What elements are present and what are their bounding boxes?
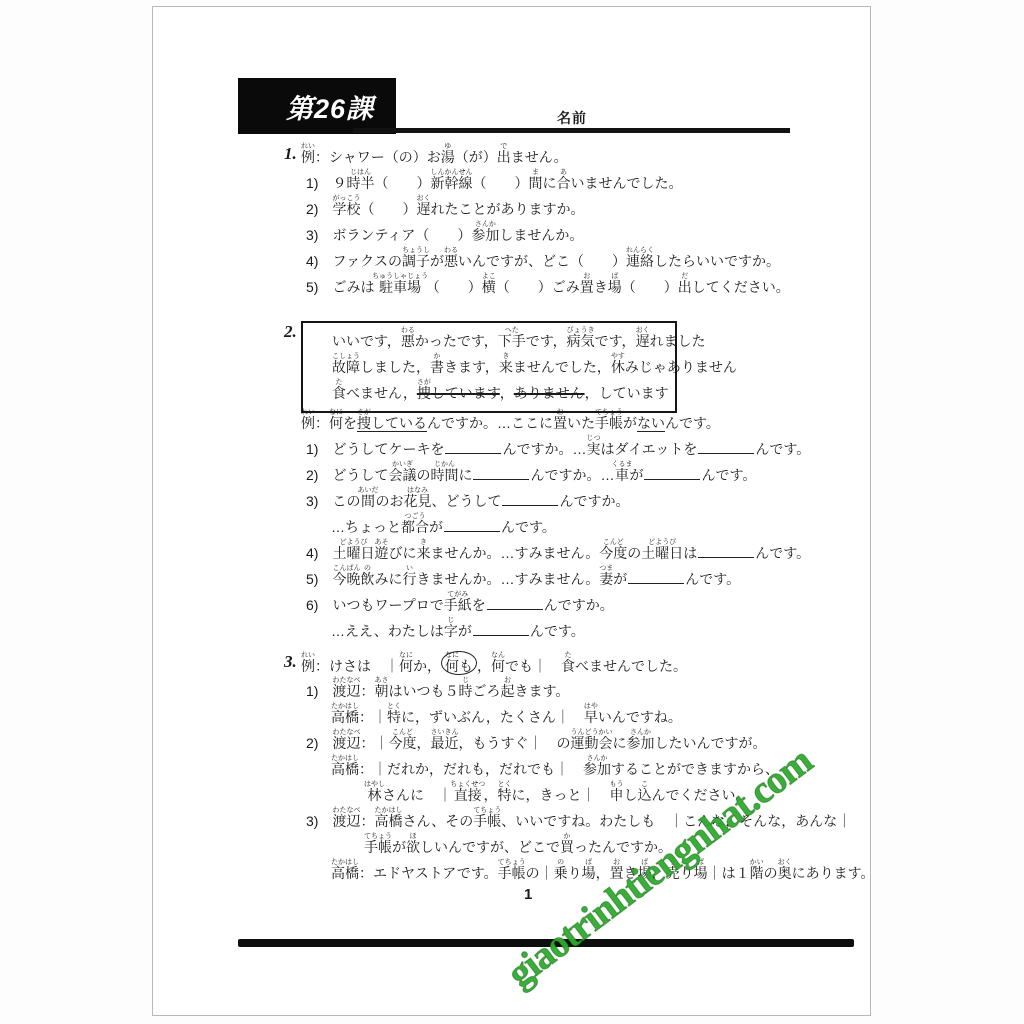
exercise-line: 5) 今晩こんばん飲のみに行いきませんか。…すみません。妻つまがんです。 xyxy=(284,565,862,591)
exercise-line: 2) どうして会議かいぎの時間じかんにんですか。…車くるまがんです。 xyxy=(284,461,862,487)
exercise-line: 5) ごみは駐車場ちゅうしゃじょう（ ）横よこ（ ）ごみ置おき場ば（ ）出だして… xyxy=(284,273,862,299)
exercise-line: 例れい：けさは ｜何なにか，何なにも，何なんでも｜ 食たべませんでした。 xyxy=(284,651,862,677)
worksheet-page: 第26課 名前 1. 例れい：シャワー（の）お湯ゆ（が）出でません。1) ９時半… xyxy=(152,6,871,1016)
word-bank-box: いいです，悪わるかったです，下手へたです，病気びょうきです，遅おくれました故障こ… xyxy=(301,321,677,413)
exercise-line: 1) どうしてケーキをんですか。…実じつはダイエットをんです。 xyxy=(284,435,862,461)
answer-blank[interactable] xyxy=(502,492,558,506)
exercise-line: 手帳てちょうが欲ほしいんですが、どこで買かったんですか。 xyxy=(284,833,862,859)
exercise-line: 食たべません，捜さがしています，ありません，しています xyxy=(315,379,663,405)
exercise-line: 例れい：何なにを捜さがしているんですか。…ここに置おいた手帳てちょうがないんです… xyxy=(284,409,862,435)
exercise-line: 故障こしょうしました，書かきます，来きませんでした，休やすみじゃありません xyxy=(315,353,663,379)
answer-blank[interactable] xyxy=(487,596,543,610)
exercise-line: 高橋たかはし：エドヤストアです。手帳てちょうの｜乗のり場ば，置おき場ば，売うり場… xyxy=(284,859,862,885)
exercise-section-1: 1. 例れい：シャワー（の）お湯ゆ（が）出でません。1) ９時半じはん（ ）新幹… xyxy=(284,143,862,299)
exercise-line: いいです，悪わるかったです，下手へたです，病気びょうきです，遅おくれました xyxy=(315,327,663,353)
exercise-line: 1) 渡辺わたなべ：朝あさはいつも５時じごろ起おきます。 xyxy=(284,677,862,703)
answer-blank[interactable] xyxy=(444,518,500,532)
exercise-line: 4) 土曜日どようび遊あそびに来きませんか。…すみません。今度こんどの土曜日どよ… xyxy=(284,539,862,565)
answer-blank[interactable] xyxy=(698,544,754,558)
exercise-section-2-wordbank: 2. いいです，悪わるかったです，下手へたです，病気びょうきです，遅おくれました… xyxy=(284,321,862,413)
exercise-line: …ちょっと都合つごうがんです。 xyxy=(284,513,862,539)
exercise-line: 高橋たかはし：｜特とくに，ずいぶん，たくさん｜ 早はやいんですね。 xyxy=(284,703,862,729)
name-label: 名前 xyxy=(557,108,587,128)
section-2-number: 2. xyxy=(284,322,297,342)
exercise-line: 3) ボランティア（ ）参加さんかしませんか。 xyxy=(284,221,862,247)
answer-blank[interactable] xyxy=(644,466,700,480)
name-underline xyxy=(353,128,790,133)
screenshot-canvas: 第26課 名前 1. 例れい：シャワー（の）お湯ゆ（が）出でません。1) ９時半… xyxy=(0,0,1024,1024)
answer-blank[interactable] xyxy=(445,440,501,454)
exercise-line: 3) この間あいだのお花見はなみ、どうしてんですか。 xyxy=(284,487,862,513)
lesson-header-box: 第26課 xyxy=(238,78,396,134)
exercise-line: 例れい：シャワー（の）お湯ゆ（が）出でません。 xyxy=(284,143,862,169)
answer-blank[interactable] xyxy=(628,570,684,584)
exercise-line: 6) いつもワープロで手紙てがみをんですか。 xyxy=(284,591,862,617)
answer-blank[interactable] xyxy=(698,440,754,454)
exercise-section-2: 例れい：何なにを捜さがしているんですか。…ここに置おいた手帳てちょうがないんです… xyxy=(284,409,862,643)
answer-blank[interactable] xyxy=(473,622,529,636)
exercise-line: 4) ファクスの調子ちょうしが悪わるいんですが、どこ（ ）連絡れんらくしたらいい… xyxy=(284,247,862,273)
page-number: 1 xyxy=(524,886,532,903)
exercise-line: 1) ９時半じはん（ ）新幹線しんかんせん（ ）間まに合あいませんでした。 xyxy=(284,169,862,195)
exercise-line: …ええ、わたしは字じがんです。 xyxy=(284,617,862,643)
circled-answer: 何なにも xyxy=(441,651,477,675)
lesson-title: 第26課 xyxy=(286,87,374,126)
section-1-lines: 例れい：シャワー（の）お湯ゆ（が）出でません。1) ９時半じはん（ ）新幹線しん… xyxy=(284,143,862,299)
word-bank-lines: いいです，悪わるかったです，下手へたです，病気びょうきです，遅おくれました故障こ… xyxy=(315,327,663,405)
section-2-lines: 例れい：何なにを捜さがしているんですか。…ここに置おいた手帳てちょうがないんです… xyxy=(284,409,862,643)
exercise-line: 2) 学校がっこう（ ）遅おくれたことがありますか。 xyxy=(284,195,862,221)
exercise-line: 3) 渡辺わたなべ：高橋たかはしさん、その手帳てちょう、いいですね。わたしも ｜… xyxy=(284,807,862,833)
answer-blank[interactable] xyxy=(473,466,529,480)
